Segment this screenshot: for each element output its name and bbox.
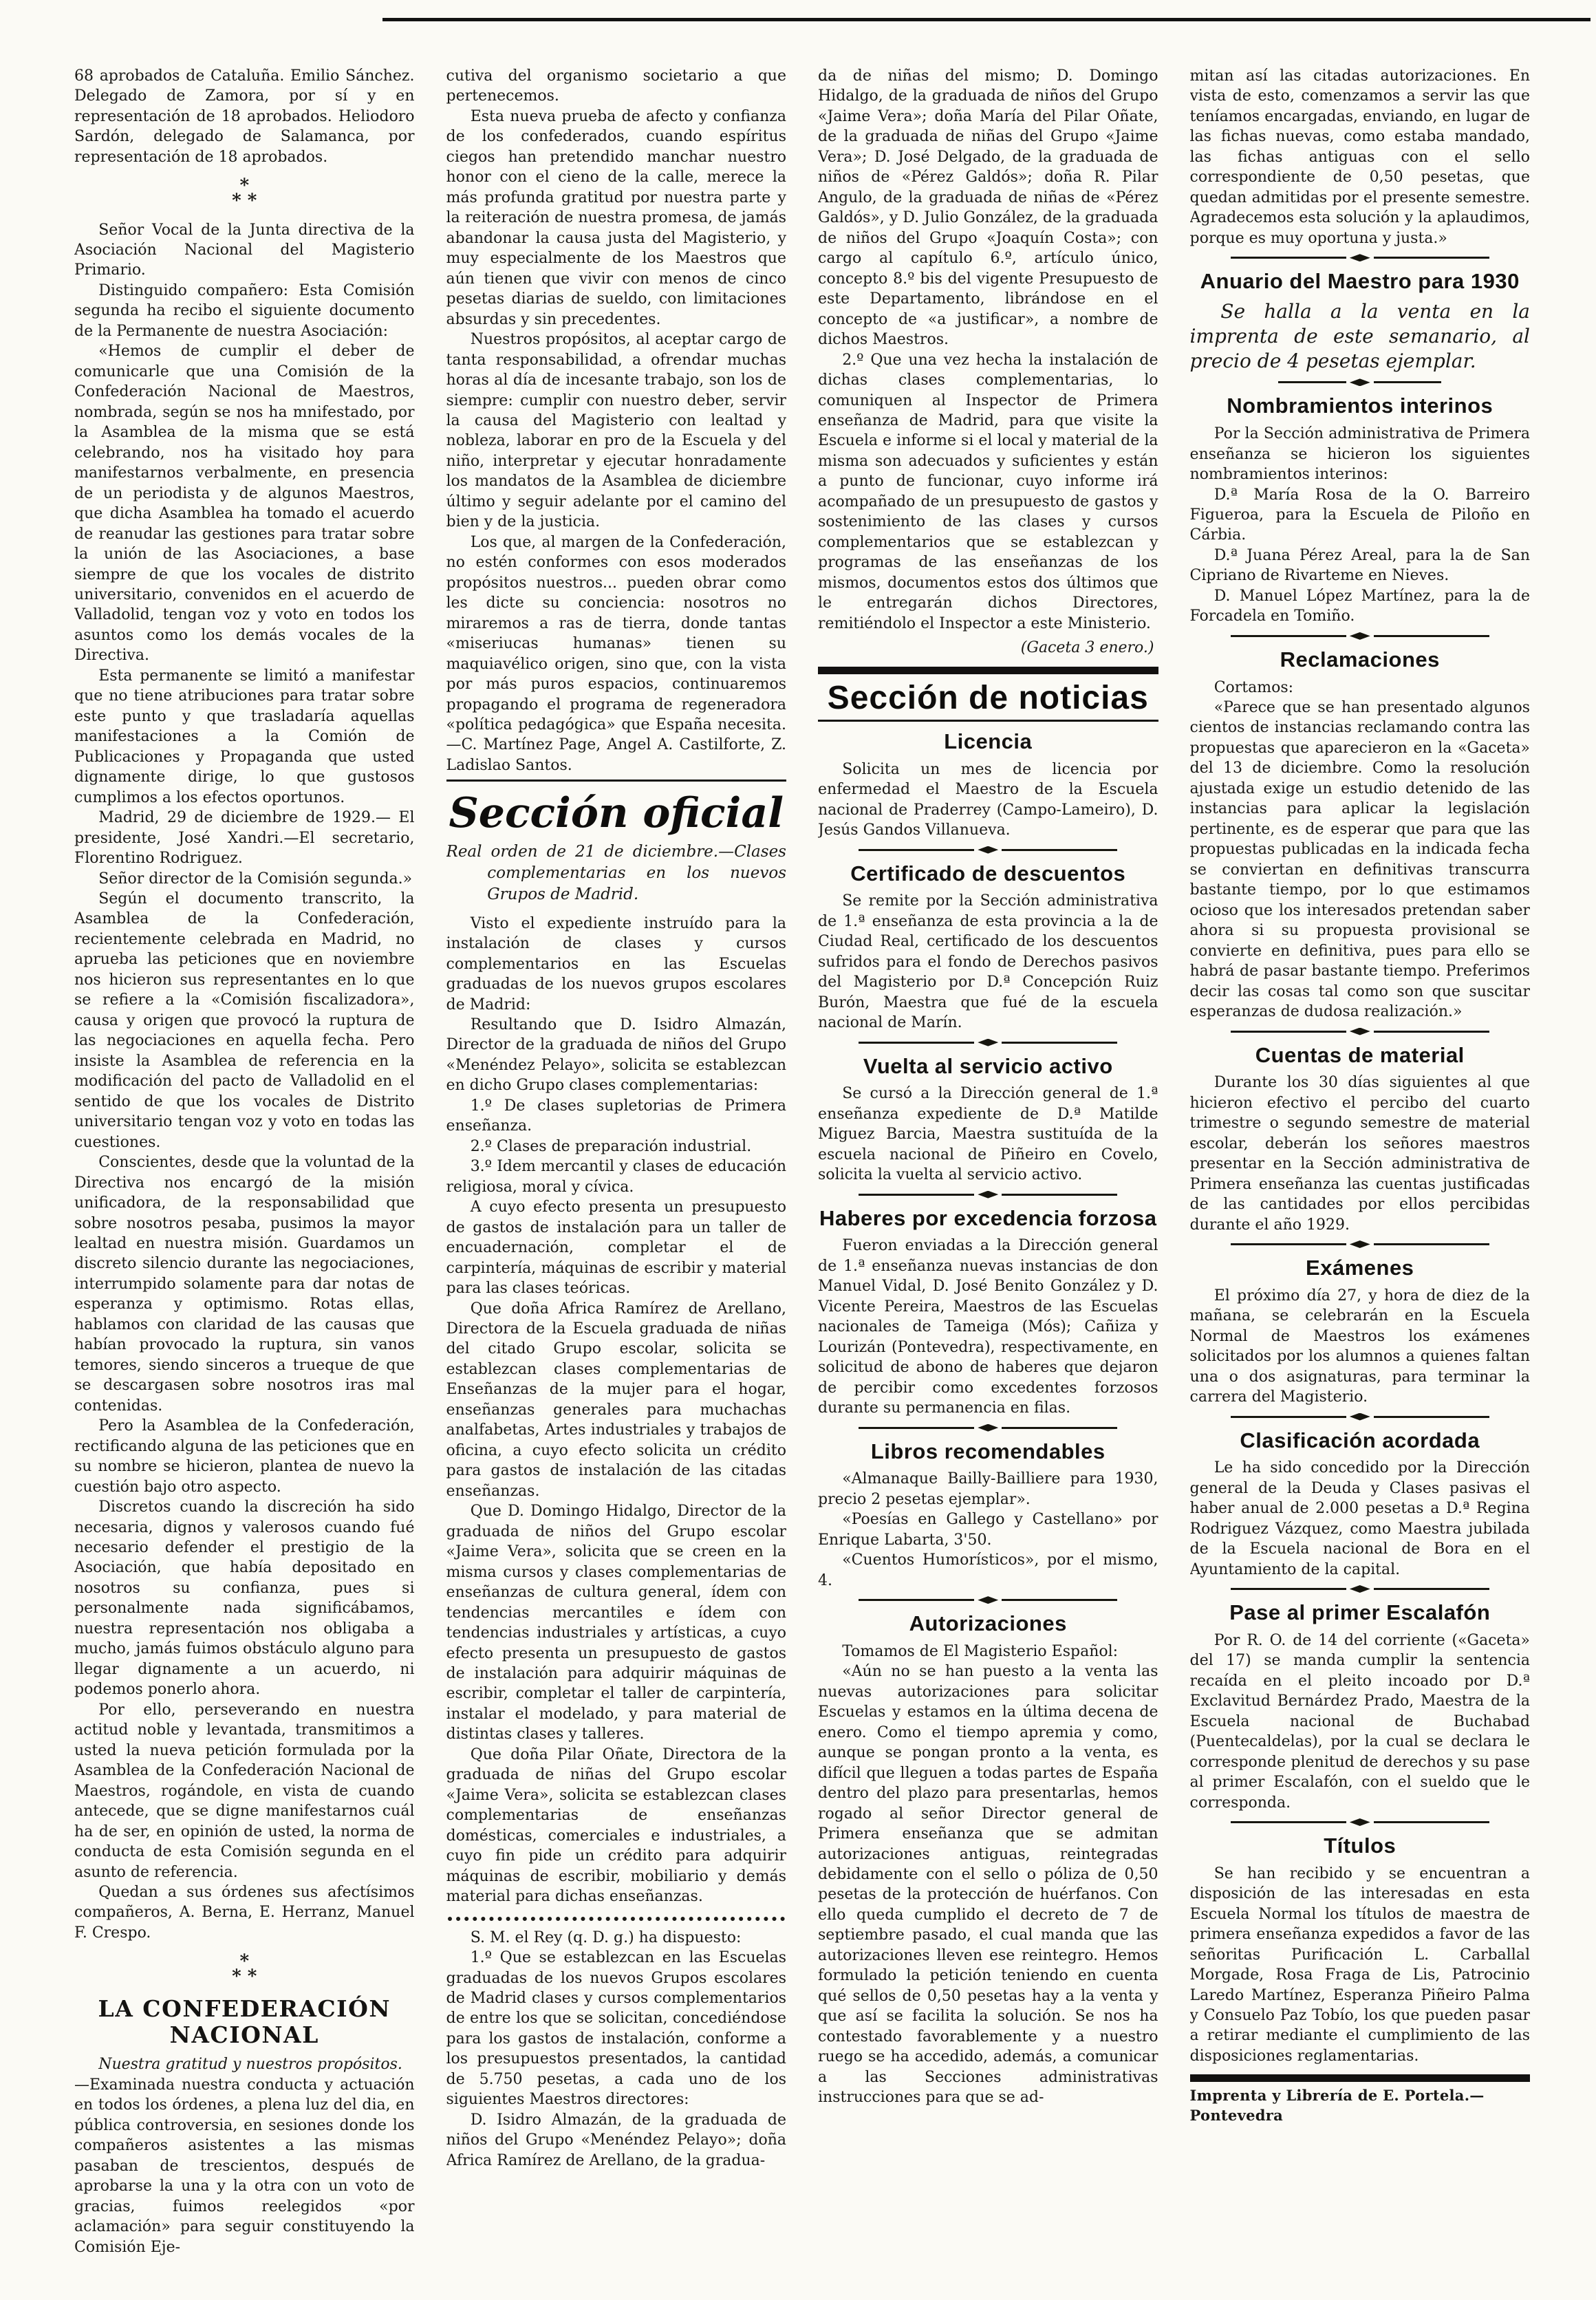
paragraph: Los que, al margen de la Confederación, …	[446, 533, 787, 776]
separator-line	[1374, 257, 1489, 259]
paragraph: 2.º Clases de preparación industrial.	[446, 1137, 787, 1157]
paragraph: «Parece que se han presentado algunos ci…	[1190, 698, 1531, 1022]
paragraph: 68 aprobados de Cataluña. Emilio Sánchez…	[74, 66, 415, 167]
gaceta-reference: (Gaceta 3 enero.)	[818, 638, 1154, 658]
paragraph: «Aún no se han puesto a la venta las nue…	[818, 1662, 1158, 2107]
paragraph: «Hemos de cumplir el deber de comunicarl…	[74, 341, 415, 666]
decree-subtitle: Real orden de 21 de diciembre.—Clases co…	[446, 841, 787, 905]
paragraph: Señor Vocal de la Junta directiva de la …	[74, 220, 415, 281]
separator-line	[859, 1427, 974, 1429]
separator-line	[859, 849, 974, 851]
thin-rule	[446, 780, 787, 782]
ornament-separator	[1231, 1413, 1489, 1421]
separator-diamond	[978, 1424, 998, 1432]
section-heading: Libros recomendables	[818, 1440, 1158, 1464]
section-heading: Certificado de descuentos	[818, 862, 1158, 886]
column-layout: 68 aprobados de Cataluña. Emilio Sánchez…	[74, 66, 1530, 2275]
separator-line	[1374, 635, 1489, 637]
paragraph: Señor director de la Comisión segunda.»	[74, 869, 415, 889]
paragraph: Esta permanente se limitó a manifestar q…	[74, 666, 415, 808]
separator-line	[859, 1599, 974, 1601]
separator-line	[1374, 1243, 1489, 1245]
ornament-separator	[1231, 1818, 1489, 1826]
separator-line	[1002, 1427, 1117, 1429]
paragraph: Cortamos:	[1190, 678, 1531, 698]
separator-line	[1231, 1416, 1346, 1418]
section-heading: Pase al primer Escalafón	[1190, 1601, 1531, 1625]
paragraph: Tomamos de El Magisterio Español:	[818, 1642, 1158, 1662]
ornament-separator	[859, 1596, 1117, 1604]
paragraph: Nuestros propósitos, al aceptar cargo de…	[446, 330, 787, 533]
section-heading: Cuentas de material	[1190, 1044, 1531, 1068]
paragraph: Por la Sección administrativa de Primera…	[1190, 424, 1531, 484]
section-heading: Anuario del Maestro para 1930	[1190, 270, 1531, 294]
separator-line	[1231, 1588, 1346, 1590]
dotted-rule	[448, 1917, 786, 1921]
separator-line	[1231, 635, 1346, 637]
separator-line	[859, 1042, 974, 1044]
black-bar	[818, 667, 1158, 674]
advert-italic: Se halla a la venta en la imprenta de es…	[1190, 299, 1531, 373]
paragraph: Distinguido compañero: Esta Comisión seg…	[74, 281, 415, 341]
paragraph: D.ª María Rosa de la O. Barreiro Figuero…	[1190, 485, 1531, 546]
ornament-separator	[1231, 254, 1489, 261]
confederacion-heading: LA CONFEDERACIÓN NACIONAL	[74, 1996, 415, 2048]
separator-line	[1231, 1031, 1346, 1033]
paragraph: Conscientes, desde que la voluntad de la…	[74, 1152, 415, 1416]
paragraph: —Examinada nuestra conducta y actuación …	[74, 2075, 415, 2257]
asterism-row: * *	[74, 1969, 415, 1984]
section-heading: Títulos	[1190, 1834, 1531, 1858]
separator-line	[1278, 381, 1346, 383]
scan-top-rule	[382, 18, 1590, 21]
paragraph: 1.º De clases supletorias de Primera ens…	[446, 1096, 787, 1137]
separator-line	[1002, 1599, 1117, 1601]
paragraph: 2.º Que una vez hecha la instalación de …	[818, 350, 1158, 634]
separator-diamond	[1350, 632, 1370, 640]
paragraph: Resultando que D. Isidro Almazán, Direct…	[446, 1015, 787, 1096]
ornament-separator	[1278, 378, 1441, 386]
section-heading: Nombramientos interinos	[1190, 394, 1531, 418]
section-heading: Autorizaciones	[818, 1612, 1158, 1636]
separator-line	[1374, 381, 1442, 383]
separator-line	[1374, 1588, 1489, 1590]
separator-diamond	[1350, 378, 1370, 386]
separator-diamond	[1350, 1028, 1370, 1035]
separator-diamond	[1350, 1585, 1370, 1593]
column-3: da de niñas del mismo; D. Domingo Hidalg…	[818, 66, 1158, 2275]
section-heading: Clasificación acordada	[1190, 1429, 1531, 1453]
ornament-separator	[859, 1424, 1117, 1432]
paragraph: S. M. el Rey (q. D. g.) ha dispuesto:	[446, 1928, 787, 1948]
thin-rule	[818, 720, 1158, 722]
separator-diamond	[1350, 254, 1370, 261]
italic-lead: Nuestra gratitud y nuestros propósitos.	[74, 2054, 415, 2074]
separator-line	[1374, 1031, 1489, 1033]
ornament-separator	[859, 846, 1117, 854]
ornament-separator	[859, 1039, 1117, 1046]
paragraph: El próximo día 27, y hora de diez de la …	[1190, 1286, 1531, 1408]
paragraph: Durante los 30 días siguientes al que hi…	[1190, 1073, 1531, 1235]
separator-diamond	[978, 1191, 998, 1199]
section-heading: Exámenes	[1190, 1256, 1531, 1280]
column-1: 68 aprobados de Cataluña. Emilio Sánchez…	[74, 66, 415, 2275]
ornament-separator	[1231, 632, 1489, 640]
paragraph: Visto el expediente instruído para la in…	[446, 914, 787, 1015]
ornament-separator	[1231, 1585, 1489, 1593]
ornament-separator	[859, 1191, 1117, 1199]
paragraph: «Cuentos Humorísticos», por el mismo, 4.	[818, 1550, 1158, 1591]
section-heading: Vuelta al servicio activo	[818, 1055, 1158, 1079]
separator-line	[1374, 1821, 1489, 1823]
paragraph: Quedan a sus órdenes sus afectísimos com…	[74, 1882, 415, 1943]
separator-line	[1231, 257, 1346, 259]
separator-diamond	[1350, 1240, 1370, 1248]
paragraph: mitan así las citadas autorizaciones. En…	[1190, 66, 1531, 248]
imprint-line: Imprenta y Librería de E. Portela.—Ponte…	[1190, 2086, 1531, 2125]
paragraph: 3.º Idem mercantil y clases de educación…	[446, 1157, 787, 1197]
section-heading: Licencia	[818, 730, 1158, 754]
section-heading: Reclamaciones	[1190, 648, 1531, 672]
paragraph: cutiva del organismo societario a que pe…	[446, 66, 787, 107]
paragraph: Discretos cuando la discreción ha sido n…	[74, 1497, 415, 1700]
separator-diamond	[978, 1039, 998, 1046]
paragraph: Pero la Asamblea de la Confederación, re…	[74, 1416, 415, 1497]
column-2: cutiva del organismo societario a que pe…	[446, 66, 787, 2275]
section-heading: Haberes por excedencia forzosa	[818, 1207, 1158, 1231]
paragraph: Se cursó a la Dirección general de 1.ª e…	[818, 1084, 1158, 1185]
separator-diamond	[978, 1596, 998, 1604]
paragraph: A cuyo efecto presenta un presupuesto de…	[446, 1197, 787, 1298]
separator-line	[1002, 1194, 1117, 1196]
separator-line	[1231, 1821, 1346, 1823]
paragraph: D. Isidro Almazán, de la graduada de niñ…	[446, 2110, 787, 2171]
paragraph: Solicita un mes de licencia por enfermed…	[818, 760, 1158, 841]
paragraph: Se remite por la Sección administrativa …	[818, 891, 1158, 1033]
separator-diamond	[978, 846, 998, 854]
paragraph: D.ª Juana Pérez Areal, para la de San Ci…	[1190, 546, 1531, 586]
newspaper-page: 68 aprobados de Cataluña. Emilio Sánchez…	[0, 0, 1596, 2300]
paragraph: Madrid, 29 de diciembre de 1929.— El pre…	[74, 808, 415, 868]
column-4: mitan así las citadas autorizaciones. En…	[1190, 66, 1531, 2275]
paragraph: Que doña Africa Ramírez de Arellano, Dir…	[446, 1299, 787, 1502]
asterism-row: * *	[74, 193, 415, 208]
separator-diamond	[1350, 1413, 1370, 1421]
ornament-separator	[1231, 1028, 1489, 1035]
paragraph: Que doña Pilar Oñate, Directora de la gr…	[446, 1745, 787, 1907]
paragraph: Por ello, perseverando en nuestra actitu…	[74, 1700, 415, 1882]
paragraph: Fueron enviadas a la Dirección general d…	[818, 1236, 1158, 1418]
noticias-masthead: Sección de noticias	[818, 681, 1158, 716]
paragraph: Se han recibido y se encuentran a dispos…	[1190, 1864, 1531, 2067]
paragraph: Por R. O. de 14 del corriente («Gaceta» …	[1190, 1631, 1531, 1813]
separator-line	[1231, 1243, 1346, 1245]
oficial-masthead: Sección oficial	[446, 791, 787, 836]
paragraph: «Almanaque Bailly-Bailliere para 1930, p…	[818, 1469, 1158, 1509]
paragraph: Que D. Domingo Hidalgo, Director de la g…	[446, 1501, 787, 1745]
paragraph: Según el documento transcrito, la Asambl…	[74, 889, 415, 1152]
paragraph: Esta nueva prueba de afecto y confianza …	[446, 107, 787, 330]
ornament-separator	[1231, 1240, 1489, 1248]
separator-line	[1374, 1416, 1489, 1418]
black-bar	[1190, 2074, 1531, 2082]
separator-line	[859, 1194, 974, 1196]
separator-line	[1002, 849, 1117, 851]
asterism-separator: ** *	[74, 178, 415, 208]
asterism-separator: ** *	[74, 1954, 415, 1984]
paragraph: Le ha sido concedido por la Dirección ge…	[1190, 1458, 1531, 1580]
separator-diamond	[1350, 1818, 1370, 1826]
paragraph: D. Manuel López Martínez, para la de For…	[1190, 586, 1531, 627]
paragraph: 1.º Que se establezcan en las Escuelas g…	[446, 1948, 787, 2110]
paragraph: «Poesías en Gallego y Castellano» por En…	[818, 1509, 1158, 1550]
paragraph: da de niñas del mismo; D. Domingo Hidalg…	[818, 66, 1158, 350]
separator-line	[1002, 1042, 1117, 1044]
